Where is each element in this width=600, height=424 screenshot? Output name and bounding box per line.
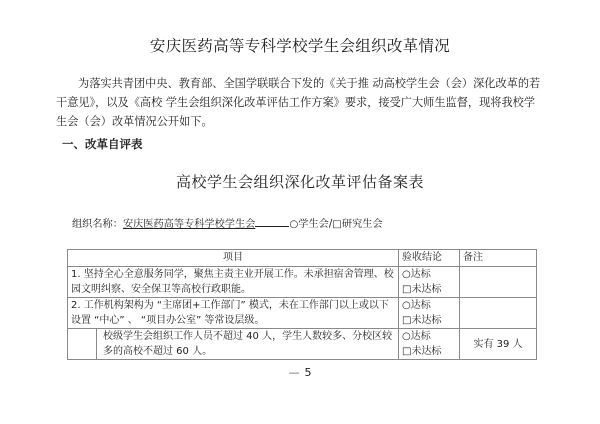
option-fail[interactable]: □未达标 xyxy=(402,282,456,297)
evaluation-table: 项目 验收结论 备注 1. 坚持全心全意服务同学，聚焦主责主业开展工作。未承担宿… xyxy=(67,249,537,360)
option-pass[interactable]: ○达标 xyxy=(402,298,456,313)
header-item: 项目 xyxy=(68,250,399,267)
org-name-value: 安庆医药高等专科学校学生会 xyxy=(123,219,255,230)
option-pass[interactable]: ○达标 xyxy=(402,267,456,282)
conclusion-cell: ○达标 □未达标 xyxy=(399,329,460,360)
option-fail[interactable]: □未达标 xyxy=(402,344,456,359)
remark-cell xyxy=(460,267,537,298)
underline-blank xyxy=(255,216,289,227)
page-number-value: 5 xyxy=(305,366,312,379)
sub-category-blank xyxy=(68,329,97,359)
option-pass[interactable]: ○达标 xyxy=(402,329,456,344)
org-name-line: 组织名称：安庆医药高等专科学校学生会○学生会/□研究生会 xyxy=(72,215,383,230)
item-cell: 2. 工作机构架构为 “主席团+工作部门” 模式，未在工作部门以上或以下设置 “… xyxy=(68,298,399,329)
conclusion-cell: ○达标 □未达标 xyxy=(399,267,460,298)
header-remark: 备注 xyxy=(460,250,537,267)
table-header-row: 项目 验收结论 备注 xyxy=(68,250,537,267)
table-title: 高校学生会组织深化改革评估备案表 xyxy=(0,171,600,192)
item-cell: 校级学生会组织工作人员不超过 40 人，学生人数较多、分校区较多的高校不超过 6… xyxy=(68,329,399,360)
option-fail[interactable]: □未达标 xyxy=(402,313,456,328)
page-number: —5 xyxy=(0,366,600,379)
header-conclusion: 验收结论 xyxy=(399,250,460,267)
item-cell: 1. 坚持全心全意服务同学，聚焦主责主业开展工作。未承担宿舍管理、校园文明纠察、… xyxy=(68,267,399,298)
intro-paragraph: 为落实共青团中央、教育部、全国学联联合下发的《关于推 动高校学生会（会）深化改革… xyxy=(56,74,542,131)
org-type-options: ○学生会/□研究生会 xyxy=(289,219,382,230)
remark-cell xyxy=(460,298,537,329)
conclusion-cell: ○达标 □未达标 xyxy=(399,298,460,329)
item-text: 校级学生会组织工作人员不超过 40 人，学生人数较多、分校区较多的高校不超过 6… xyxy=(97,329,395,359)
section-heading: 一、改革自评表 xyxy=(62,136,143,152)
item-cell-inner: 校级学生会组织工作人员不超过 40 人，学生人数较多、分校区较多的高校不超过 6… xyxy=(71,329,395,359)
table-row: 1. 坚持全心全意服务同学，聚焦主责主业开展工作。未承担宿舍管理、校园文明纠察、… xyxy=(68,267,537,298)
remark-cell: 实有 39 人 xyxy=(460,329,537,360)
page-dash: — xyxy=(289,366,300,379)
table-row: 2. 工作机构架构为 “主席团+工作部门” 模式，未在工作部门以上或以下设置 “… xyxy=(68,298,537,329)
org-name-label: 组织名称： xyxy=(72,219,123,230)
document-title: 安庆医药高等专科学校学生会组织改革情况 xyxy=(0,34,600,56)
table-row: 校级学生会组织工作人员不超过 40 人，学生人数较多、分校区较多的高校不超过 6… xyxy=(68,329,537,360)
intro-text: 为落实共青团中央、教育部、全国学联联合下发的《关于推 动高校学生会（会）深化改革… xyxy=(56,77,540,128)
